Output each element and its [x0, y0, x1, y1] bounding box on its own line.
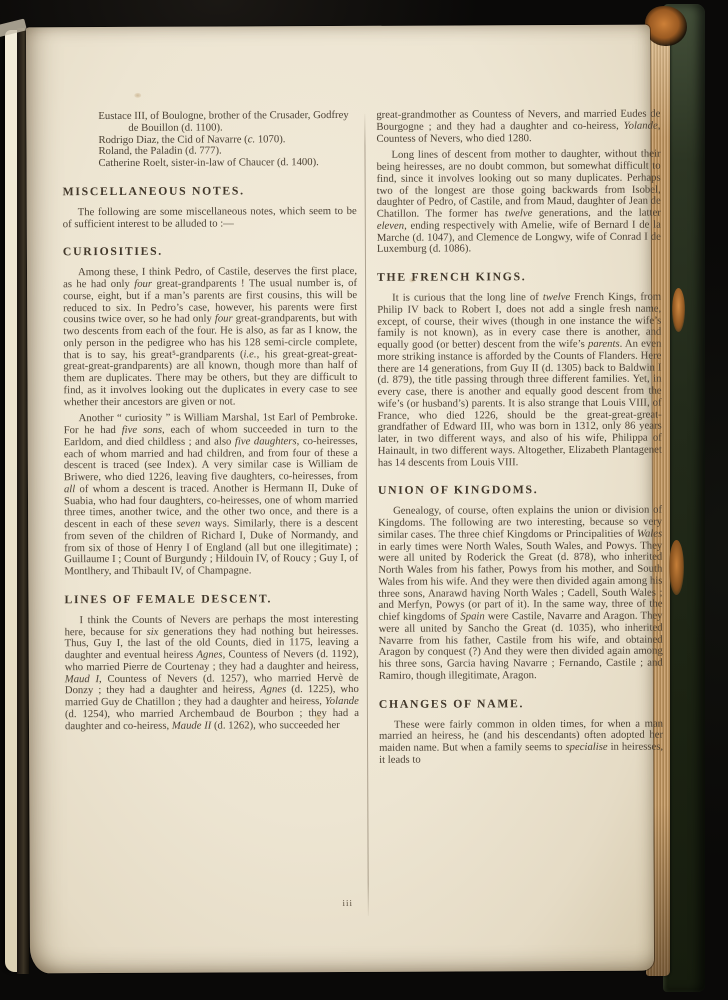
section-heading-miscellaneous-notes: MISCELLANEOUS NOTES. [63, 184, 357, 198]
cover-wear-top-corner [645, 6, 687, 46]
section-heading-curiosities: CURIOSITIES. [63, 244, 357, 258]
section-heading-union-of-kingdoms: UNION OF KINGDOMS. [378, 483, 662, 497]
section-heading-the-french-kings: THE FRENCH KINGS. [377, 270, 661, 284]
paragraph: I think the Counts of Nevers are perhaps… [65, 614, 360, 733]
list-item: Catherine Roelt, sister-in-law of Chauce… [63, 157, 357, 170]
paragraph: These were fairly common in olden times,… [379, 718, 663, 766]
paragraph: Among these, I think Pedro, of Castile, … [63, 266, 358, 408]
section-heading-changes-of-name: CHANGES OF NAME. [379, 696, 663, 710]
paragraph-continuation: great-grandmother as Countess of Nevers,… [376, 109, 660, 145]
left-column: Eustace III, of Boulogne, brother of the… [62, 110, 359, 733]
paragraph: The following are some miscellaneous not… [63, 206, 357, 231]
cover-wear-middle [672, 288, 685, 332]
paragraph: Another “ curiosity ” is William Marshal… [64, 412, 359, 578]
book-photograph: Eustace III, of Boulogne, brother of the… [0, 0, 728, 1000]
column-divider-rule [364, 114, 368, 916]
page-number: iii [318, 898, 378, 908]
section-heading-lines-of-female-descent: LINES OF FEMALE DESCENT. [64, 592, 358, 606]
list-item: Eustace III, of Boulogne, brother of the… [62, 110, 356, 135]
paragraph: Long lines of descent from mother to dau… [376, 149, 660, 256]
right-column: great-grandmother as Countess of Nevers,… [376, 109, 663, 767]
book-page: Eustace III, of Boulogne, brother of the… [26, 25, 654, 974]
underlying-page-edge [5, 30, 17, 972]
paragraph: It is curious that the long line of twel… [377, 292, 662, 469]
foxing-spot [134, 93, 141, 98]
cover-wear-lower [669, 540, 684, 595]
paragraph: Genealogy, of course, often explains the… [378, 505, 663, 682]
notable-names-list: Eustace III, of Boulogne, brother of the… [62, 110, 356, 170]
